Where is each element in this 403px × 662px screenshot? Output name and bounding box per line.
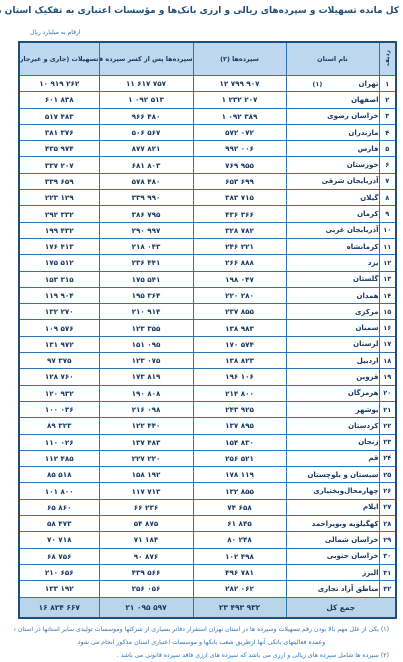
- document-page: کل مانده تسهیلات و سپرده‌های ریالی و ارز…: [0, 0, 403, 662]
- province-name: همدان: [357, 292, 379, 300]
- facilities-value: ۶۸ ۷۵۶: [19, 548, 99, 564]
- facilities-value: ۶۵ ۸۶۰: [19, 499, 99, 515]
- net-deposits-value: ۲۱۶ ۰۹۸: [99, 401, 193, 417]
- net-deposits-value: ۱۱ ۶۱۷ ۷۵۷: [99, 76, 193, 92]
- province-cell: اردبیل: [286, 353, 379, 369]
- facilities-value: ۱۱۹ ۹۰۴: [19, 287, 99, 303]
- row-index: ۲۹: [379, 532, 396, 548]
- row-index: ۱۰: [379, 222, 396, 238]
- table-row: ۶ خوزستان ۷۶۹ ۹۵۵ ۶۸۱ ۸۰۳ ۳۳۷ ۲۰۷: [19, 157, 396, 173]
- deposits-value: ۱۳۷ ۸۹۵: [193, 418, 286, 434]
- province-cell: فارس: [286, 141, 379, 157]
- province-name: خراسان رضوی: [327, 112, 378, 120]
- net-deposits-value: ۲۳۶ ۴۴۱: [99, 255, 193, 271]
- province-cell: بوشهر: [286, 401, 379, 417]
- province-cell: لرستان: [286, 336, 379, 352]
- net-deposits-value: ۱۱۷ ۷۱۳: [99, 483, 193, 499]
- province-name: زنجان: [358, 438, 378, 446]
- deposits-value: ۲۲۰ ۲۸۰: [193, 287, 286, 303]
- province-name: سمنان: [355, 324, 378, 332]
- net-deposits-value: ۳۳۹ ۹۹۰: [99, 190, 193, 206]
- province-cell: خراسان شمالی: [286, 532, 379, 548]
- net-deposits-value: ۷۱ ۱۸۴: [99, 532, 193, 548]
- row-index: ۲۲: [379, 418, 396, 434]
- footnote-1-line-2: وعمده فعالیتهای بانکی آنها ازطریق شعب با…: [14, 636, 389, 649]
- row-index: ۹: [379, 206, 396, 222]
- header-facilities: تسهیلات (جاری و غیرجاری): [19, 42, 99, 76]
- province-name: کرمان: [357, 210, 378, 218]
- net-deposits-value: ۵۷۸ ۴۸۰: [99, 173, 193, 189]
- facilities-value: ۲۱۰ ۶۵۶: [19, 564, 99, 580]
- table-row: ۱۳ گلستان ۱۹۸ ۰۴۷ ۱۷۵ ۵۴۱ ۱۵۳ ۳۱۵: [19, 271, 396, 287]
- province-name: یزد: [368, 259, 379, 267]
- deposits-value: ۲۳۷ ۸۵۵: [193, 304, 286, 320]
- table-row: ۲۸ کهگیلویه وبویراحمد ۶۱ ۸۴۵ ۵۴ ۸۷۵ ۵۸ ۴…: [19, 516, 396, 532]
- row-index: ۲۳: [379, 434, 396, 450]
- table-row: ۱۵ مرکزی ۲۳۷ ۸۵۵ ۲۱۰ ۹۱۴ ۱۳۲ ۲۷۰: [19, 304, 396, 320]
- province-name: هرمزگان: [348, 389, 379, 397]
- facilities-value: ۳۳۹ ۶۵۹: [19, 173, 99, 189]
- facilities-value: ۱۳۱ ۹۷۲: [19, 336, 99, 352]
- facilities-value: ۲۹۲ ۳۳۲: [19, 206, 99, 222]
- deposits-value: ۲۱۴ ۸۰۰: [193, 385, 286, 401]
- province-cell: سیستان و بلوچستان: [286, 467, 379, 483]
- deposits-value: ۴۹۶ ۷۸۱: [193, 564, 286, 580]
- row-index: ۳۰: [379, 548, 396, 564]
- net-deposits-value: ۱۷۵ ۵۴۱: [99, 271, 193, 287]
- deposits-value: ۱ ۲۳۲ ۲۰۷: [193, 92, 286, 108]
- facilities-value: ۸۵ ۵۱۸: [19, 467, 99, 483]
- facilities-value: ۱۲۰ ۹۳۲: [19, 385, 99, 401]
- deposits-value: ۴۳۶ ۳۶۶: [193, 206, 286, 222]
- province-cell: چهارمحال‌وبختیاری: [286, 483, 379, 499]
- province-cell: سمنان: [286, 320, 379, 336]
- table-row: ۴ مازندران ۵۷۲ ۰۷۲ ۵۰۶ ۵۶۷ ۳۸۱ ۳۷۶: [19, 124, 396, 140]
- net-deposits-value: ۵۰۶ ۵۶۷: [99, 124, 193, 140]
- deposits-value: ۵۷۲ ۰۷۲: [193, 124, 286, 140]
- deposits-value: ۱۲ ۷۹۹ ۹۰۷: [193, 76, 286, 92]
- table-row: ۱۶ سمنان ۱۳۸ ۹۸۳ ۱۲۳ ۳۵۵ ۱۰۹ ۵۷۶: [19, 320, 396, 336]
- header-province: نام استان: [286, 42, 379, 76]
- table-row: ۱ تهران(۱) ۱۲ ۷۹۹ ۹۰۷ ۱۱ ۶۱۷ ۷۵۷ ۱۰ ۹۱۹ …: [19, 76, 396, 92]
- province-name: تهران: [359, 80, 379, 88]
- row-index: ۱۱: [379, 238, 396, 254]
- province-cell: زنجان: [286, 434, 379, 450]
- row-index: ۳۱: [379, 564, 396, 580]
- facilities-value: ۲۲۳ ۱۲۹: [19, 190, 99, 206]
- table-row: ۲۳ زنجان ۱۵۴ ۸۳۰ ۱۳۷ ۴۸۳ ۱۱۰ ۰۲۶: [19, 434, 396, 450]
- net-deposits-value: ۱ ۰۹۲ ۵۱۳: [99, 92, 193, 108]
- table-row: ۲۲ کردستان ۱۳۷ ۸۹۵ ۱۲۲ ۴۴۰ ۸۹ ۳۲۳: [19, 418, 396, 434]
- header-row-number-label: ردیف: [384, 50, 391, 66]
- province-name: کرمانشاه: [347, 243, 379, 251]
- province-cell: هرمزگان: [286, 385, 379, 401]
- province-cell: اصفهان: [286, 92, 379, 108]
- deposits-value: ۳۸۳ ۷۱۵: [193, 190, 286, 206]
- deposits-value: ۲۴۶ ۲۲۱: [193, 238, 286, 254]
- row-index: ۵: [379, 141, 396, 157]
- net-deposits-value: ۲۹۰ ۹۹۷: [99, 222, 193, 238]
- row-index: ۲۸: [379, 516, 396, 532]
- table-row: ۱۹ قزوین ۱۹۶ ۱۰۶ ۱۷۳ ۸۱۹ ۱۲۸ ۷۶۰: [19, 369, 396, 385]
- table-row: ۵ فارس ۹۹۲ ۰۰۶ ۸۷۷ ۸۲۱ ۴۳۵ ۹۷۴: [19, 141, 396, 157]
- deposits-value: ۷۶۹ ۹۵۵: [193, 157, 286, 173]
- table-row: ۳۲ مناطق آزاد تجاری ۲۸۲ ۰۶۲ ۲۵۶ ۰۵۶ ۱۳۳ …: [19, 581, 396, 597]
- net-deposits-value: ۶۸۱ ۸۰۳: [99, 157, 193, 173]
- province-name: بوشهر: [356, 406, 379, 414]
- province-cell: مرکزی: [286, 304, 379, 320]
- table-row: ۳۱ البرز ۴۹۶ ۷۸۱ ۴۳۹ ۵۶۶ ۲۱۰ ۶۵۶: [19, 564, 396, 580]
- row-index: ۱۲: [379, 255, 396, 271]
- footnote-marker: (۱): [313, 80, 323, 88]
- net-deposits-value: ۱۹۰ ۸۰۸: [99, 385, 193, 401]
- province-cell: قزوین: [286, 369, 379, 385]
- row-index: ۱۸: [379, 353, 396, 369]
- header-net-deposits: سپرده‌ها پس از کسر سپرده قانونی: [99, 42, 193, 76]
- deposits-value: ۲۶۶ ۸۸۸: [193, 255, 286, 271]
- deposits-value: ۱ ۰۹۲ ۳۸۹: [193, 108, 286, 124]
- row-index: ۸: [379, 190, 396, 206]
- table-row: ۱۱ کرمانشاه ۲۴۶ ۲۲۱ ۲۱۸ ۰۴۳ ۱۷۶ ۴۱۳: [19, 238, 396, 254]
- province-cell: مناطق آزاد تجاری: [286, 581, 379, 597]
- province-cell: آذربایجان شرقی: [286, 173, 379, 189]
- province-name: آذربایجان شرقی: [322, 177, 379, 185]
- facilities-value: ۳۳۷ ۲۰۷: [19, 157, 99, 173]
- province-cell: کرمان: [286, 206, 379, 222]
- net-deposits-value: ۱۷۳ ۸۱۹: [99, 369, 193, 385]
- row-index: ۷: [379, 173, 396, 189]
- total-facilities: ۱۶ ۸۲۴ ۶۶۷: [19, 597, 99, 618]
- deposits-value: ۲۸۲ ۰۶۲: [193, 581, 286, 597]
- row-index: ۱۵: [379, 304, 396, 320]
- net-deposits-value: ۱۲۲ ۴۴۰: [99, 418, 193, 434]
- deposits-value: ۱۳۸ ۸۲۳: [193, 353, 286, 369]
- table-header: ردیف نام استان سپرده‌ها (۲) سپرده‌ها پس …: [19, 42, 396, 76]
- facilities-value: ۱۱۰ ۰۲۶: [19, 434, 99, 450]
- facilities-value: ۱۰۱ ۸۰۰: [19, 483, 99, 499]
- deposits-value: ۳۲۸ ۷۸۲: [193, 222, 286, 238]
- province-name: چهارمحال‌وبختیاری: [313, 487, 378, 495]
- net-deposits-value: ۱۳۷ ۴۸۳: [99, 434, 193, 450]
- row-index: ۱۳: [379, 271, 396, 287]
- province-name: اردبیل: [357, 357, 379, 365]
- province-cell: تهران(۱): [286, 76, 379, 92]
- row-index: ۱۶: [379, 320, 396, 336]
- total-row: جمع کل ۲۳ ۴۹۳ ۹۳۲ ۲۱ ۰۹۵ ۵۹۷ ۱۶ ۸۲۴ ۶۶۷: [19, 597, 396, 618]
- facilities-value: ۷۰ ۷۱۸: [19, 532, 99, 548]
- net-deposits-value: ۶۶ ۲۳۶: [99, 499, 193, 515]
- footnote-2: (۲) سپرده ها شامل سپرده های ریالی و ارزی…: [14, 649, 389, 662]
- province-name: مرکزی: [355, 308, 379, 316]
- province-name: قزوین: [356, 373, 378, 381]
- province-cell: گلستان: [286, 271, 379, 287]
- row-index: ۲۱: [379, 401, 396, 417]
- province-cell: کرمانشاه: [286, 238, 379, 254]
- deposits-value: ۸۰ ۲۴۸: [193, 532, 286, 548]
- facilities-value: ۵۱۷ ۴۸۳: [19, 108, 99, 124]
- table-row: ۱۸ اردبیل ۱۳۸ ۸۲۳ ۱۲۳ ۰۷۵ ۹۷ ۳۷۵: [19, 353, 396, 369]
- province-cell: مازندران: [286, 124, 379, 140]
- table-row: ۳ خراسان رضوی ۱ ۰۹۲ ۳۸۹ ۹۶۶ ۴۸۰ ۵۱۷ ۴۸۳: [19, 108, 396, 124]
- facilities-value: ۱۰۰ ۰۳۶: [19, 401, 99, 417]
- province-name: کردستان: [348, 422, 378, 430]
- net-deposits-value: ۱۹۵ ۳۶۴: [99, 287, 193, 303]
- row-index: ۱۷: [379, 336, 396, 352]
- total-net-deposits: ۲۱ ۰۹۵ ۵۹۷: [99, 597, 193, 618]
- unit-note: ارقام به میلیارد ریال: [30, 29, 100, 36]
- net-deposits-value: ۳۸۶ ۷۹۵: [99, 206, 193, 222]
- deposits-value: ۱۳۲ ۸۵۵: [193, 483, 286, 499]
- table-row: ۲ اصفهان ۱ ۲۳۲ ۲۰۷ ۱ ۰۹۲ ۵۱۳ ۶۰۱ ۸۳۸: [19, 92, 396, 108]
- table-row: ۲۶ چهارمحال‌وبختیاری ۱۳۲ ۸۵۵ ۱۱۷ ۷۱۳ ۱۰۱…: [19, 483, 396, 499]
- row-index: ۲۰: [379, 385, 396, 401]
- deposits-value: ۲۵۶ ۵۲۱: [193, 450, 286, 466]
- province-cell: گیلان: [286, 190, 379, 206]
- facilities-value: ۱۰ ۹۱۹ ۲۶۲: [19, 76, 99, 92]
- province-cell: یزد: [286, 255, 379, 271]
- total-label: جمع کل: [286, 597, 396, 618]
- deposits-value: ۶۵۳ ۶۹۹: [193, 173, 286, 189]
- province-cell: کردستان: [286, 418, 379, 434]
- net-deposits-value: ۱۲۳ ۳۵۵: [99, 320, 193, 336]
- province-name: مازندران: [348, 129, 378, 137]
- deposits-value: ۱۹۶ ۱۰۶: [193, 369, 286, 385]
- header-row-number: ردیف: [379, 42, 396, 76]
- table-row: ۱۴ همدان ۲۲۰ ۲۸۰ ۱۹۵ ۳۶۴ ۱۱۹ ۹۰۴: [19, 287, 396, 303]
- facilities-value: ۴۳۵ ۹۷۴: [19, 141, 99, 157]
- footnotes: (۱) یکی از علل مهم بالا بودن رقم تسهیلات…: [14, 623, 389, 662]
- facilities-value: ۱۰۹ ۵۷۶: [19, 320, 99, 336]
- deposits-value: ۷۴ ۶۵۸: [193, 499, 286, 515]
- province-name: خوزستان: [347, 161, 379, 169]
- province-name: لرستان: [353, 340, 378, 348]
- province-cell: البرز: [286, 564, 379, 580]
- table-row: ۲۰ هرمزگان ۲۱۴ ۸۰۰ ۱۹۰ ۸۰۸ ۱۲۰ ۹۳۲: [19, 385, 396, 401]
- deposits-value: ۲۴۳ ۹۲۵: [193, 401, 286, 417]
- province-name: ایلام: [363, 503, 378, 511]
- table-row: ۲۷ ایلام ۷۴ ۶۵۸ ۶۶ ۲۳۶ ۶۵ ۸۶۰: [19, 499, 396, 515]
- province-name: گلستان: [353, 275, 379, 283]
- province-name: خراسان جنوبی: [327, 552, 379, 560]
- facilities-value: ۱۳۲ ۲۷۰: [19, 304, 99, 320]
- row-index: ۲۷: [379, 499, 396, 515]
- deposits-value: ۱۵۴ ۸۳۰: [193, 434, 286, 450]
- net-deposits-value: ۱۵۸ ۱۹۲: [99, 467, 193, 483]
- total-deposits: ۲۳ ۴۹۳ ۹۳۲: [193, 597, 286, 618]
- province-name: آذربایجان غربی: [326, 226, 379, 234]
- table-row: ۷ آذربایجان شرقی ۶۵۳ ۶۹۹ ۵۷۸ ۴۸۰ ۳۳۹ ۶۵۹: [19, 173, 396, 189]
- net-deposits-value: ۲۱۸ ۰۴۳: [99, 238, 193, 254]
- row-index: ۱: [379, 76, 396, 92]
- province-cell: همدان: [286, 287, 379, 303]
- deposits-value: ۱۳۸ ۹۸۳: [193, 320, 286, 336]
- province-name: کهگیلویه وبویراحمد: [312, 520, 379, 528]
- province-name: قم: [368, 454, 378, 462]
- deposits-value: ۱۷۸ ۱۱۹: [193, 467, 286, 483]
- page-title: کل مانده تسهیلات و سپرده‌های ریالی و ارز…: [4, 6, 399, 16]
- deposits-value: ۶۱ ۸۴۵: [193, 516, 286, 532]
- table-body: ۱ تهران(۱) ۱۲ ۷۹۹ ۹۰۷ ۱۱ ۶۱۷ ۷۵۷ ۱۰ ۹۱۹ …: [19, 76, 396, 598]
- row-index: ۲۶: [379, 483, 396, 499]
- facilities-value: ۹۷ ۳۷۵: [19, 353, 99, 369]
- province-name: گیلان: [360, 194, 378, 202]
- province-name: خراسان شمالی: [325, 536, 379, 544]
- table-row: ۹ کرمان ۴۳۶ ۳۶۶ ۳۸۶ ۷۹۵ ۲۹۲ ۳۳۲: [19, 206, 396, 222]
- facilities-value: ۵۸ ۴۷۳: [19, 516, 99, 532]
- net-deposits-value: ۲۱۰ ۹۱۴: [99, 304, 193, 320]
- table-row: ۸ گیلان ۳۸۳ ۷۱۵ ۳۳۹ ۹۹۰ ۲۲۳ ۱۲۹: [19, 190, 396, 206]
- province-cell: ایلام: [286, 499, 379, 515]
- province-name: البرز: [362, 569, 378, 577]
- net-deposits-value: ۱۵۱ ۰۹۵: [99, 336, 193, 352]
- facilities-value: ۱۹۹ ۴۳۲: [19, 222, 99, 238]
- deposits-value: ۱۹۸ ۰۴۷: [193, 271, 286, 287]
- row-index: ۶: [379, 157, 396, 173]
- table-footer: جمع کل ۲۳ ۴۹۳ ۹۳۲ ۲۱ ۰۹۵ ۵۹۷ ۱۶ ۸۲۴ ۶۶۷: [19, 597, 396, 618]
- net-deposits-value: ۹۶۶ ۴۸۰: [99, 108, 193, 124]
- province-name: فارس: [358, 145, 379, 153]
- deposits-value: ۱۰۲ ۴۹۸: [193, 548, 286, 564]
- table-row: ۳۰ خراسان جنوبی ۱۰۲ ۴۹۸ ۹۰ ۸۷۶ ۶۸ ۷۵۶: [19, 548, 396, 564]
- deposits-value: ۹۹۲ ۰۰۶: [193, 141, 286, 157]
- table-row: ۱۰ آذربایجان غربی ۳۲۸ ۷۸۲ ۲۹۰ ۹۹۷ ۱۹۹ ۴۳…: [19, 222, 396, 238]
- table-row: ۲۹ خراسان شمالی ۸۰ ۲۴۸ ۷۱ ۱۸۴ ۷۰ ۷۱۸: [19, 532, 396, 548]
- row-index: ۱۹: [379, 369, 396, 385]
- facilities-value: ۳۸۱ ۳۷۶: [19, 124, 99, 140]
- row-index: ۲: [379, 92, 396, 108]
- header-deposits: سپرده‌ها (۲): [193, 42, 286, 76]
- facilities-value: ۶۰۱ ۸۳۸: [19, 92, 99, 108]
- facilities-value: ۱۷۶ ۴۱۳: [19, 238, 99, 254]
- deposits-value: ۱۷۰ ۵۷۴: [193, 336, 286, 352]
- footnote-1-line-1: (۱) یکی از علل مهم بالا بودن رقم تسهیلات…: [14, 623, 389, 636]
- facilities-value: ۸۹ ۳۲۳: [19, 418, 99, 434]
- row-index: ۳: [379, 108, 396, 124]
- net-deposits-value: ۲۵۶ ۰۵۶: [99, 581, 193, 597]
- net-deposits-value: ۴۳۹ ۵۶۶: [99, 564, 193, 580]
- facilities-value: ۱۲۸ ۷۶۰: [19, 369, 99, 385]
- province-cell: خراسان رضوی: [286, 108, 379, 124]
- facilities-value: ۱۱۲ ۴۸۵: [19, 450, 99, 466]
- table-row: ۲۴ قم ۲۵۶ ۵۲۱ ۲۲۷ ۲۲۰ ۱۱۲ ۴۸۵: [19, 450, 396, 466]
- net-deposits-value: ۵۴ ۸۷۵: [99, 516, 193, 532]
- header-row: ردیف نام استان سپرده‌ها (۲) سپرده‌ها پس …: [19, 42, 396, 76]
- table-row: ۲۵ سیستان و بلوچستان ۱۷۸ ۱۱۹ ۱۵۸ ۱۹۲ ۸۵ …: [19, 467, 396, 483]
- row-index: ۲۴: [379, 450, 396, 466]
- province-cell: قم: [286, 450, 379, 466]
- row-index: ۳۲: [379, 581, 396, 597]
- province-table: ردیف نام استان سپرده‌ها (۲) سپرده‌ها پس …: [18, 41, 397, 619]
- net-deposits-value: ۱۲۳ ۰۷۵: [99, 353, 193, 369]
- row-index: ۴: [379, 124, 396, 140]
- table-row: ۲۱ بوشهر ۲۴۳ ۹۲۵ ۲۱۶ ۰۹۸ ۱۰۰ ۰۳۶: [19, 401, 396, 417]
- row-index: ۱۴: [379, 287, 396, 303]
- table-row: ۱۲ یزد ۲۶۶ ۸۸۸ ۲۳۶ ۴۴۱ ۱۷۵ ۵۱۲: [19, 255, 396, 271]
- facilities-value: ۱۳۳ ۱۹۲: [19, 581, 99, 597]
- facilities-value: ۱۷۵ ۵۱۲: [19, 255, 99, 271]
- net-deposits-value: ۹۰ ۸۷۶: [99, 548, 193, 564]
- row-index: ۲۵: [379, 467, 396, 483]
- province-cell: خوزستان: [286, 157, 379, 173]
- facilities-value: ۱۵۳ ۳۱۵: [19, 271, 99, 287]
- table-row: ۱۷ لرستان ۱۷۰ ۵۷۴ ۱۵۱ ۰۹۵ ۱۳۱ ۹۷۲: [19, 336, 396, 352]
- province-cell: خراسان جنوبی: [286, 548, 379, 564]
- province-name: اصفهان: [351, 96, 378, 104]
- province-cell: کهگیلویه وبویراحمد: [286, 516, 379, 532]
- net-deposits-value: ۲۲۷ ۲۲۰: [99, 450, 193, 466]
- province-cell: آذربایجان غربی: [286, 222, 379, 238]
- net-deposits-value: ۸۷۷ ۸۲۱: [99, 141, 193, 157]
- province-name: مناطق آزاد تجاری: [318, 585, 379, 593]
- province-name: سیستان و بلوچستان: [307, 471, 378, 479]
